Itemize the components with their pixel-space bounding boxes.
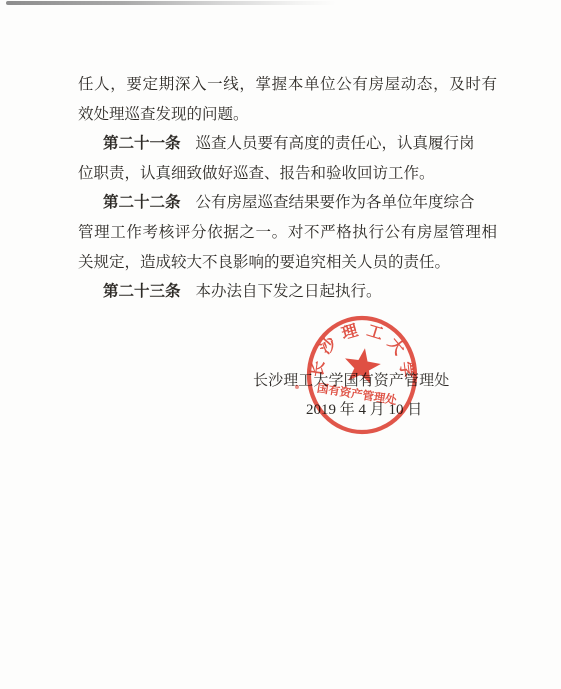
- body-text: 位职责，认真细致做好巡查、报告和验收回访工作。: [78, 165, 435, 182]
- body-text: 任人，要定期深入一线，掌握本单位公有房屋动态，及时有: [78, 76, 497, 93]
- seal-arc-char: 学: [396, 360, 417, 378]
- seal-center-text: 国有资产管理处: [316, 381, 398, 407]
- scan-artifact-streak: [6, 1, 336, 5]
- body-text: 巡查人员要有高度的责任心，认真履行岗: [196, 135, 475, 152]
- body-text: 管理工作考核评分依据之一。对不严格执行公有房屋管理相: [78, 224, 497, 241]
- body-line: 任人，要定期深入一线，掌握本单位公有房屋动态，及时有: [78, 70, 497, 100]
- body-text: 效处理巡查发现的问题。: [78, 106, 249, 123]
- article-number: 第二十三条: [103, 283, 181, 300]
- body-text: 公有房屋巡查结果要作为各单位年度综合: [196, 194, 475, 211]
- body-text: 本办法自下发之日起执行。: [196, 283, 382, 300]
- official-seal: 长 沙 理 工 大 学 国有资产管理处: [294, 308, 434, 448]
- scanned-document-page: 任人，要定期深入一线，掌握本单位公有房屋动态，及时有 效处理巡查发现的问题。 第…: [0, 0, 561, 689]
- article-number: 第二十一条: [103, 135, 181, 152]
- seal-arc-char: 工: [365, 322, 385, 343]
- article-number: 第二十二条: [103, 194, 181, 211]
- body-line: 位职责，认真细致做好巡查、报告和验收回访工作。: [78, 159, 497, 189]
- body-line: 效处理巡查发现的问题。: [78, 100, 497, 130]
- article-line-21: 第二十一条巡查人员要有高度的责任心，认真履行岗: [78, 129, 497, 159]
- article-line-23: 第二十三条本办法自下发之日起执行。: [78, 277, 497, 307]
- document-body: 任人，要定期深入一线，掌握本单位公有房屋动态，及时有 效处理巡查发现的问题。 第…: [78, 70, 497, 307]
- seal-arc-char: 理: [340, 321, 361, 343]
- star-icon: [342, 345, 383, 385]
- body-text: 关规定，造成较大不良影响的要追究相关人员的责任。: [78, 254, 450, 271]
- seal-arc-char: 长: [307, 359, 328, 378]
- body-line: 管理工作考核评分依据之一。对不严格执行公有房屋管理相: [78, 218, 497, 248]
- article-line-22: 第二十二条公有房屋巡查结果要作为各单位年度综合: [78, 188, 497, 218]
- body-line: 关规定，造成较大不良影响的要追究相关人员的责任。: [78, 248, 497, 278]
